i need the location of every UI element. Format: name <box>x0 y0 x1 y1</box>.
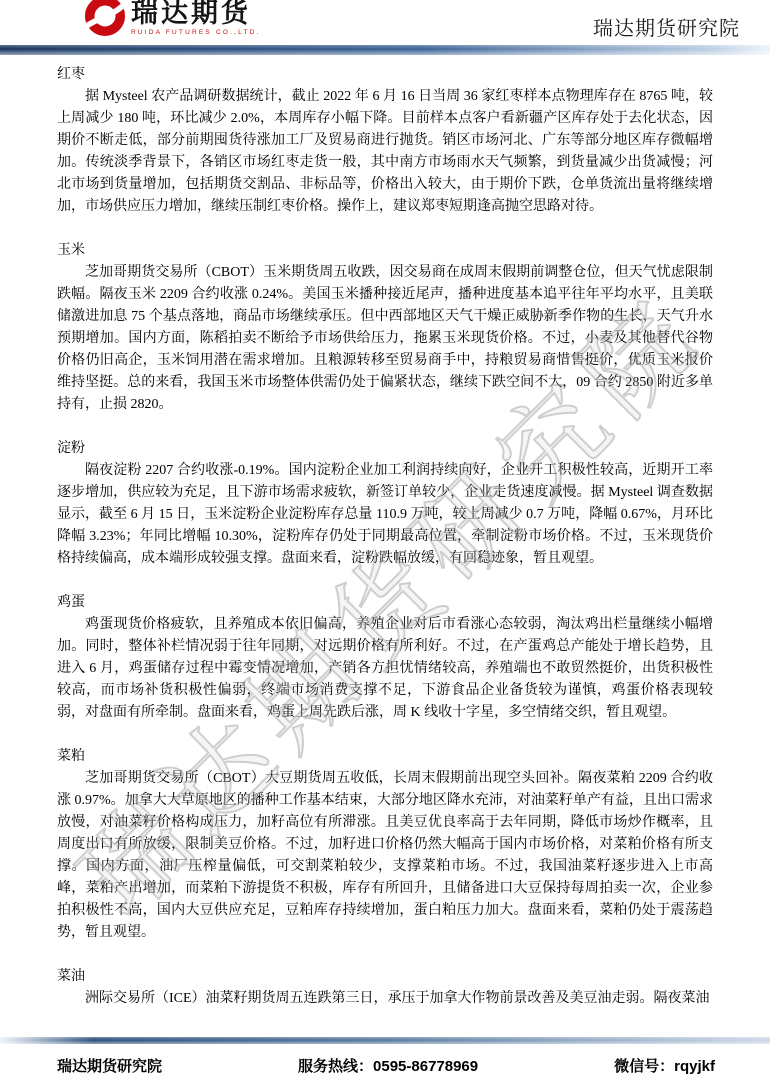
section-title: 红枣 <box>57 64 713 86</box>
logo-text-block: 瑞达期货 RUIDA FUTURES CO.,LTD. <box>131 0 261 37</box>
footer: 瑞达期货研究院 服务热线：0595-86778969 微信号：rqyjkf <box>0 1037 770 1089</box>
section-rapeseed-meal: 菜粕 芝加哥期货交易所（CBOT）大豆期货周五收低，长周末假期前出现空头回补。隔… <box>57 746 713 944</box>
logo-company-name: 瑞达期货 <box>131 0 261 27</box>
footer-wechat: 微信号：rqyjkf <box>614 1055 715 1076</box>
section-starch: 淀粉 隔夜淀粉 2207 合约收涨-0.19%。国内淀粉企业加工利润持续向好，企… <box>57 438 713 570</box>
section-title: 菜粕 <box>57 746 713 768</box>
footer-company: 瑞达期货研究院 <box>57 1055 162 1076</box>
ruida-logo-icon <box>84 0 126 42</box>
footer-wechat-id: rqyjkf <box>674 1058 715 1075</box>
header: 瑞达期货 RUIDA FUTURES CO.,LTD. 瑞达期货研究院 <box>0 0 770 45</box>
section-red-dates: 红枣 据 Mysteel 农产品调研数据统计，截止 2022 年 6 月 16 … <box>57 64 713 218</box>
section-title: 菜油 <box>57 966 713 988</box>
section-paragraph: 洲际交易所（ICE）油菜籽期货周五连跌第三日，承压于加拿大作物前景改善及美豆油走… <box>57 988 713 1010</box>
section-paragraph: 隔夜淀粉 2207 合约收涨-0.19%。国内淀粉企业加工利润持续向好，企业开工… <box>57 460 713 570</box>
header-institute-title: 瑞达期货研究院 <box>593 12 740 42</box>
section-paragraph: 据 Mysteel 农产品调研数据统计，截止 2022 年 6 月 16 日当周… <box>57 86 713 218</box>
header-divider <box>0 45 770 55</box>
section-title: 玉米 <box>57 240 713 262</box>
footer-divider <box>0 1037 770 1044</box>
section-corn: 玉米 芝加哥期货交易所（CBOT）玉米期货周五收跌，因交易商在成周末假期前调整仓… <box>57 240 713 416</box>
report-page: 瑞达期货 RUIDA FUTURES CO.,LTD. 瑞达期货研究院 瑞达期货… <box>0 0 770 1089</box>
footer-hotline-label: 服务热线： <box>298 1058 373 1075</box>
section-paragraph: 芝加哥期货交易所（CBOT）大豆期货周五收低，长周末假期前出现空头回补。隔夜菜粕… <box>57 768 713 944</box>
section-title: 淀粉 <box>57 438 713 460</box>
company-logo: 瑞达期货 RUIDA FUTURES CO.,LTD. <box>84 0 261 42</box>
footer-wechat-label: 微信号： <box>614 1058 674 1075</box>
footer-row: 瑞达期货研究院 服务热线：0595-86778969 微信号：rqyjkf <box>0 1044 770 1089</box>
footer-hotline: 服务热线：0595-86778969 <box>298 1055 478 1076</box>
report-body: 红枣 据 Mysteel 农产品调研数据统计，截止 2022 年 6 月 16 … <box>0 55 770 1010</box>
section-eggs: 鸡蛋 鸡蛋现货价格疲软，且养殖成本依旧偏高，养殖企业对后市看涨心态较弱，淘汰鸡出… <box>57 592 713 724</box>
footer-hotline-number: 0595-86778969 <box>373 1058 478 1075</box>
section-title: 鸡蛋 <box>57 592 713 614</box>
logo-company-subtitle: RUIDA FUTURES CO.,LTD. <box>131 30 261 37</box>
section-rapeseed-oil: 菜油 洲际交易所（ICE）油菜籽期货周五连跌第三日，承压于加拿大作物前景改善及美… <box>57 966 713 1010</box>
section-paragraph: 芝加哥期货交易所（CBOT）玉米期货周五收跌，因交易商在成周末假期前调整仓位，但… <box>57 262 713 416</box>
section-paragraph: 鸡蛋现货价格疲软，且养殖成本依旧偏高，养殖企业对后市看涨心态较弱，淘汰鸡出栏量继… <box>57 614 713 724</box>
